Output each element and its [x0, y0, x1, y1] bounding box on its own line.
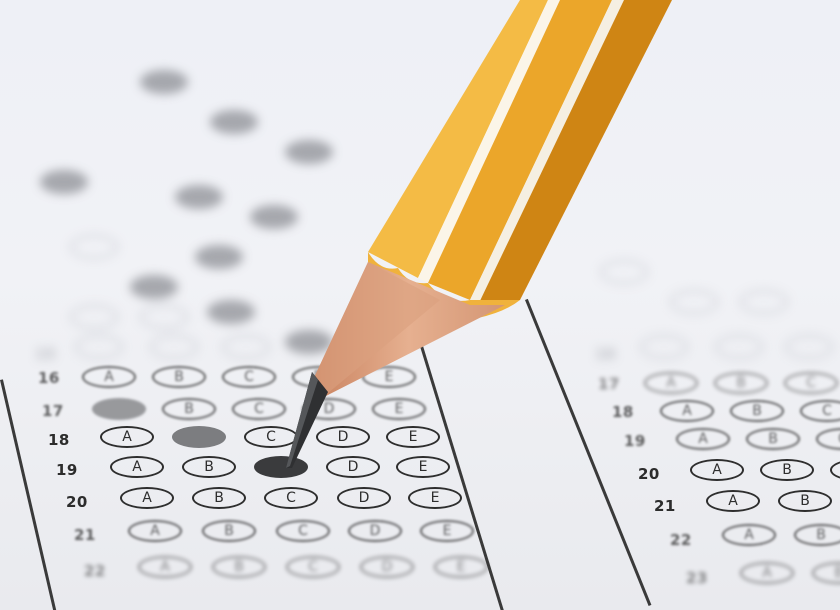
blurred-bubble: [640, 335, 688, 359]
bubble-b[interactable]: B: [212, 556, 266, 578]
blurred-filled-bubble: [207, 300, 255, 324]
bubble-b[interactable]: B: [794, 524, 840, 546]
question-number: 22: [84, 562, 106, 580]
question-number: 23: [686, 569, 708, 587]
bubble-a[interactable]: A: [644, 372, 698, 394]
question-number: 17: [42, 402, 64, 420]
bubble-b[interactable]: B: [152, 366, 206, 388]
bubble-a[interactable]: A: [690, 459, 744, 481]
bubble-b[interactable]: B: [778, 490, 832, 512]
photo-scene: 15 16 16 A B C D E 17 A B C D E 18 A B: [0, 0, 840, 610]
blurred-bubble: [715, 335, 763, 359]
bubble-b[interactable]: B: [182, 456, 236, 478]
bubble-e[interactable]: E: [420, 520, 474, 542]
bubble-c[interactable]: C: [784, 372, 838, 394]
answer-row-21: 21 A B C D E: [0, 520, 520, 544]
bubble-d[interactable]: D: [337, 487, 391, 509]
bubble-c[interactable]: C: [816, 428, 840, 450]
answer-row-21: 21 A B C: [560, 490, 840, 514]
bubble-c[interactable]: C: [244, 426, 298, 448]
question-number: 19: [56, 461, 78, 479]
answer-row-18: 18 A B C: [560, 400, 840, 424]
bubble-c[interactable]: C: [276, 520, 330, 542]
bubble-a[interactable]: A: [110, 456, 164, 478]
bubble-a[interactable]: A: [100, 426, 154, 448]
bubble-e[interactable]: E: [396, 456, 450, 478]
bubble-e[interactable]: E: [434, 556, 488, 578]
bubble-c[interactable]: C: [264, 487, 318, 509]
bubble-e[interactable]: E: [372, 398, 426, 420]
bubble-d[interactable]: D: [360, 556, 414, 578]
bubble-e[interactable]: E: [408, 487, 462, 509]
bubble-c[interactable]: C: [232, 398, 286, 420]
blurred-question-number: 16: [595, 345, 616, 363]
bubble-b[interactable]: B: [192, 487, 246, 509]
bubble-a[interactable]: A: [138, 556, 192, 578]
bubble-d[interactable]: D: [348, 520, 402, 542]
answer-row-18: 18 A B C D E: [0, 426, 500, 450]
answer-row-22: 22 A B C D E: [0, 556, 540, 580]
bubble-d[interactable]: D: [326, 456, 380, 478]
question-number: 18: [48, 431, 70, 449]
bubble-a[interactable]: A: [676, 428, 730, 450]
blurred-bubble: [785, 335, 833, 359]
bubble-a[interactable]: A: [740, 562, 794, 584]
bubble-d[interactable]: D: [302, 398, 356, 420]
answer-row-22: 22 A B C: [560, 524, 840, 548]
blurred-filled-bubble: [285, 330, 333, 354]
answer-row-17: 17 A B C: [560, 372, 840, 396]
bubble-d[interactable]: D: [292, 366, 346, 388]
question-number: 16: [38, 369, 60, 387]
blurred-bubble: [70, 235, 118, 259]
answer-row-20: 20 A B C: [560, 459, 840, 483]
question-number: 21: [654, 497, 676, 515]
bubble-a[interactable]: A: [120, 487, 174, 509]
blurred-bubble: [150, 335, 198, 359]
blurred-bubble: [75, 335, 123, 359]
bubble-c[interactable]: C: [800, 400, 840, 422]
bubble-b[interactable]: B: [714, 372, 768, 394]
bubble-b[interactable]: B: [746, 428, 800, 450]
bubble-b[interactable]: B: [812, 562, 840, 584]
blurred-bubble: [600, 260, 648, 284]
blurred-bubble: [670, 290, 718, 314]
question-number: 22: [670, 531, 692, 549]
answer-row-19: 19 A B C D E: [0, 456, 500, 480]
bubble-d[interactable]: D: [316, 426, 370, 448]
bubble-b[interactable]: B: [162, 398, 216, 420]
question-number: 17: [598, 375, 620, 393]
bubble-c-being-filled[interactable]: C: [254, 456, 308, 478]
answer-row-17: 17 A B C D E: [0, 398, 500, 422]
bubble-b[interactable]: B: [730, 400, 784, 422]
blurred-bubble: [70, 305, 118, 329]
blurred-bubble: [740, 290, 788, 314]
blurred-filled-bubble: [130, 275, 178, 299]
bubble-e[interactable]: E: [362, 366, 416, 388]
blurred-question-number: 15: [35, 345, 56, 363]
answer-row-20: 20 A B C D E: [0, 487, 520, 511]
blurred-filled-bubble: [140, 70, 188, 94]
answer-row-16: 16 A B C D E: [0, 366, 500, 390]
bubble-e[interactable]: E: [386, 426, 440, 448]
blurred-bubble: [222, 335, 270, 359]
blurred-filled-bubble: [285, 140, 333, 164]
blurred-filled-bubble: [195, 245, 243, 269]
bubble-b[interactable]: B: [760, 459, 814, 481]
blurred-bubble: [140, 305, 188, 329]
bubble-a[interactable]: A: [128, 520, 182, 542]
blurred-filled-bubble: [40, 170, 88, 194]
blurred-filled-bubble: [210, 110, 258, 134]
bubble-c[interactable]: C: [222, 366, 276, 388]
bubble-b[interactable]: B: [202, 520, 256, 542]
question-number: 20: [638, 465, 660, 483]
bubble-a-filled[interactable]: A: [92, 398, 146, 420]
bubble-a[interactable]: A: [660, 400, 714, 422]
bubble-a[interactable]: A: [82, 366, 136, 388]
blurred-filled-bubble: [175, 185, 223, 209]
blurred-filled-bubble: [250, 205, 298, 229]
answer-row-19: 19 A B C: [560, 428, 840, 452]
bubble-c[interactable]: C: [830, 459, 840, 481]
bubble-a[interactable]: A: [722, 524, 776, 546]
bubble-c[interactable]: C: [286, 556, 340, 578]
question-number: 18: [612, 403, 634, 421]
background-blurred-bubbles: 15 16: [0, 0, 840, 610]
answer-row-23: 23 A B: [560, 562, 840, 586]
bubble-b-filled[interactable]: B: [172, 426, 226, 448]
question-number: 21: [74, 526, 96, 544]
question-number: 20: [66, 493, 88, 511]
bubble-a[interactable]: A: [706, 490, 760, 512]
question-number: 19: [624, 432, 646, 450]
